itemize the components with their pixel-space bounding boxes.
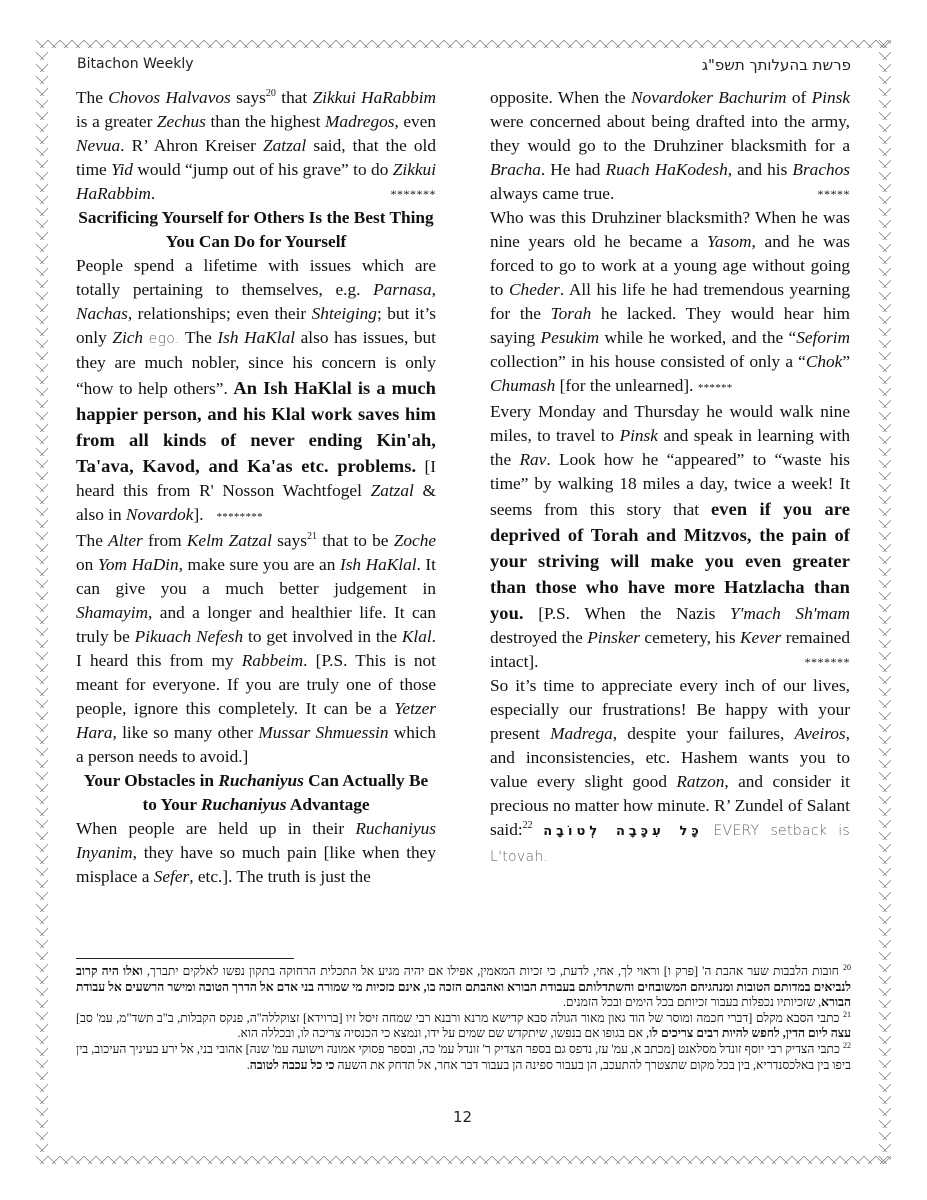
decorative-border-right bbox=[879, 36, 891, 1164]
paragraph: Who was this Druhziner blacksmith? When … bbox=[490, 206, 850, 400]
left-column: The Chovos Halvavos says20 that Zikkui H… bbox=[76, 86, 436, 889]
footnote: 20 חובות הלבבות שער אהבת ה' [פרק ו] וראו… bbox=[76, 964, 851, 1011]
section-heading: Your Obstacles in Ruchaniyus Can Actuall… bbox=[76, 769, 436, 817]
paragraph: The Chovos Halvavos says20 that Zikkui H… bbox=[76, 86, 436, 206]
decorative-border-bottom bbox=[36, 1152, 891, 1164]
publication-title: Bitachon Weekly bbox=[77, 56, 194, 72]
footnotes: 20 חובות הלבבות שער אהבת ה' [פרק ו] וראו… bbox=[76, 964, 851, 1073]
footnote-ref[interactable]: 22 bbox=[523, 820, 533, 831]
paragraph: When people are held up in their Ruchani… bbox=[76, 817, 436, 889]
paragraph: Every Monday and Thursday he would walk … bbox=[490, 400, 850, 674]
paragraph: The Alter from Kelm Zatzal says21 that t… bbox=[76, 529, 436, 769]
section-heading: Sacrificing Yourself for Others Is the B… bbox=[76, 206, 436, 254]
decorative-border-top bbox=[36, 36, 891, 48]
section-separator: ***** bbox=[818, 182, 851, 206]
paragraph: So it’s time to appreciate every inch of… bbox=[490, 674, 850, 869]
footnote-ref[interactable]: 20 bbox=[266, 88, 276, 99]
hebrew-quote: כָּל עִכָּבָה לְטוֹבָה bbox=[543, 824, 703, 839]
right-column: opposite. When the Novardoker Bachurim o… bbox=[490, 86, 850, 869]
page-number: 12 bbox=[453, 1108, 472, 1126]
decorative-border-left bbox=[36, 36, 48, 1164]
footnote: 21 כתבי הסבא מקלם [דברי חכמה ומוסר של הו… bbox=[76, 1011, 851, 1042]
handwritten-note: ego. bbox=[149, 331, 180, 347]
footnote: 22 כתבי הצדיק רבי יוסף זונדל מסלאנט [מכת… bbox=[76, 1042, 851, 1073]
section-separator: ******* bbox=[391, 182, 437, 206]
section-separator: ****** bbox=[698, 382, 733, 394]
section-separator: ******** bbox=[216, 511, 262, 523]
footnote-ref[interactable]: 21 bbox=[307, 531, 317, 542]
paragraph: People spend a lifetime with issues whic… bbox=[76, 254, 436, 529]
parsha-title: פרשת בהעלותך תשפ"ג bbox=[490, 56, 851, 74]
section-separator: ******* bbox=[805, 650, 851, 674]
footnote-separator bbox=[76, 958, 294, 959]
paragraph: opposite. When the Novardoker Bachurim o… bbox=[490, 86, 850, 206]
